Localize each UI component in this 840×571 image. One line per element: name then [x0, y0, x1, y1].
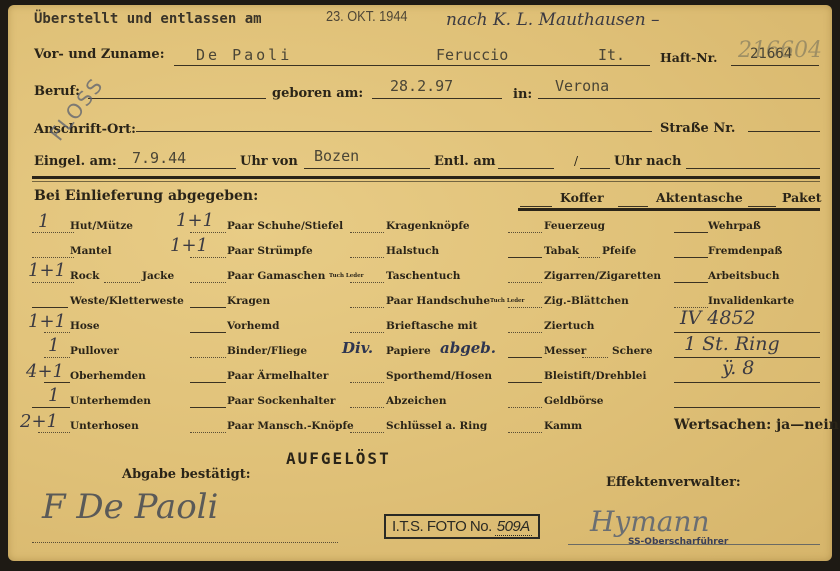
item-schuhe: Paar Schuhe/Stiefel — [227, 220, 343, 232]
item-unterhosen: Unterhosen — [70, 420, 139, 432]
qty-papiere: Div. — [342, 339, 373, 357]
transfer-label: Überstellt und entlassen am — [34, 11, 262, 27]
item-jacke: Jacke — [142, 270, 174, 282]
item-ziertuch: Ziertuch — [544, 320, 594, 332]
admitted-label: Eingel. am: — [34, 154, 117, 169]
item-bleistift: Bleistift/Drehblei — [544, 370, 646, 382]
item-taschentuch: Taschentuch — [386, 270, 460, 282]
confirmed-label: Abgabe bestätigt: — [122, 467, 251, 482]
item-schere: Schere — [612, 345, 653, 357]
item-papiere: Papiere — [386, 345, 431, 357]
item-halstuch: Halstuch — [386, 245, 439, 257]
item-zig-blaettchen: Zig.-Blättchen — [544, 295, 629, 307]
item-kragenknoepfe: Kragenknöpfe — [386, 220, 470, 232]
belongings-title: Bei Einlieferung abgegeben: — [34, 188, 258, 204]
birth-place-value: Verona — [555, 77, 609, 95]
in-label: in: — [513, 87, 532, 102]
item-rock: Rock — [70, 270, 99, 282]
effects-admin-rank: SS-Oberscharführer — [628, 537, 728, 547]
container-paket: Paket — [782, 190, 822, 205]
item-wehrpass: Wehrpaß — [708, 220, 761, 232]
first-name-value: Feruccio — [436, 46, 508, 64]
prisoner-no-value: 21664 — [750, 46, 792, 62]
item-abzeichen: Abzeichen — [386, 395, 446, 407]
item-sporthemd: Sporthemd/Hosen — [386, 370, 492, 382]
item-weste: Weste/Kletterweste — [70, 295, 184, 307]
container-aktentasche: Aktentasche — [656, 190, 743, 205]
item-arbeitsbuch: Arbeitsbuch — [708, 270, 779, 282]
item-unterhemden: Unterhemden — [70, 395, 151, 407]
effects-admin-signature: Hymann — [590, 505, 710, 538]
item-kamm: Kamm — [544, 420, 582, 432]
transfer-note: nach K. L. Mauthausen – — [446, 10, 660, 30]
item-aermelhalter: Paar Ärmelhalter — [227, 370, 328, 382]
item-fremdenpass: Fremdenpaß — [708, 245, 782, 257]
its-photo-label: I.T.S. FOTO No. — [392, 518, 492, 535]
released-label: Entl. am — [434, 154, 496, 169]
effects-admin-label: Effektenverwalter: — [606, 475, 741, 490]
qty-unterhemden: 1 — [48, 385, 59, 406]
qty-struempfe: 1+1 — [170, 235, 208, 256]
released-separator: / — [574, 154, 578, 168]
from-label: Uhr von — [240, 154, 298, 169]
item-kragen: Kragen — [227, 295, 270, 307]
papiere-note: abgeb. — [440, 339, 496, 357]
qty-oberhemden: 4+1 — [26, 361, 64, 382]
section-divider — [32, 176, 820, 179]
its-photo-stamp: I.T.S. FOTO No.509A — [384, 514, 540, 539]
dissolved-stamp: AUFGELÖST — [286, 449, 391, 468]
qty-schuhe: 1+1 — [176, 210, 214, 231]
item-manschettenknoepfe: Paar Mansch.-Knöpfe — [227, 420, 354, 432]
item-hut: Hut/Mütze — [70, 220, 133, 232]
qty-unterhosen: 2+1 — [20, 411, 58, 432]
name-label: Vor- und Zuname: — [34, 47, 165, 62]
its-photo-number: 509A — [495, 518, 532, 536]
item-feuerzeug: Feuerzeug — [544, 220, 605, 232]
qty-pullover: 1 — [48, 335, 59, 356]
street-label: Straße Nr. — [660, 121, 735, 136]
valuables-label: Wertsachen: ja—nein — [674, 417, 839, 433]
item-hose: Hose — [70, 320, 100, 332]
item-vorhemd: Vorhemd — [227, 320, 280, 332]
from-place-value: Bozen — [314, 147, 359, 165]
item-pullover: Pullover — [70, 345, 119, 357]
surname-value: De Paoli — [196, 46, 292, 64]
birth-date-value: 28.2.97 — [390, 77, 453, 95]
item-schluessel: Schlüssel a. Ring — [386, 420, 487, 432]
item-mantel: Mantel — [70, 245, 112, 257]
item-invalidenkarte: Invalidenkarte — [708, 295, 794, 307]
handwritten-note-3: ÿ. 8 — [722, 357, 754, 379]
handwritten-note-1: IV 4852 — [680, 307, 756, 329]
item-struempfe: Paar Strümpfe — [227, 245, 313, 257]
qty-rock: 1+1 — [28, 260, 66, 281]
effects-card: Überstellt und entlassen am 23. OKT. 194… — [8, 5, 832, 561]
admitted-date-value: 7.9.44 — [132, 149, 186, 167]
nationality-value: It. — [598, 46, 625, 64]
item-gamaschen: Paar Gamaschen Tuch Leder — [227, 270, 363, 282]
qty-hut: 1 — [38, 211, 49, 232]
item-zigarren: Zigarren/Zigaretten — [544, 270, 661, 282]
item-messer: Messer — [544, 345, 586, 357]
item-pfeife: Pfeife — [602, 245, 636, 257]
handwritten-note-2: 1 St. Ring — [684, 333, 780, 355]
to-label: Uhr nach — [614, 154, 681, 169]
item-sockenhalter: Paar Sockenhalter — [227, 395, 335, 407]
container-koffer: Koffer — [560, 190, 604, 205]
transfer-date-stamp: 23. OKT. 1944 — [326, 8, 408, 25]
item-binder: Binder/Fliege — [227, 345, 307, 357]
prisoner-signature: F De Paoli — [42, 487, 218, 527]
item-handschuhe: Paar HandschuheTuch Leder — [386, 295, 524, 307]
qty-hose: 1+1 — [28, 311, 66, 332]
item-tabak: Tabak — [544, 245, 579, 257]
prisoner-no-label: Haft-Nr. — [660, 50, 717, 65]
item-geldboerse: Geldbörse — [544, 395, 603, 407]
item-oberhemden: Oberhemden — [70, 370, 146, 382]
born-label: geboren am: — [272, 86, 363, 101]
item-brieftasche: Brieftasche mit — [386, 320, 477, 332]
